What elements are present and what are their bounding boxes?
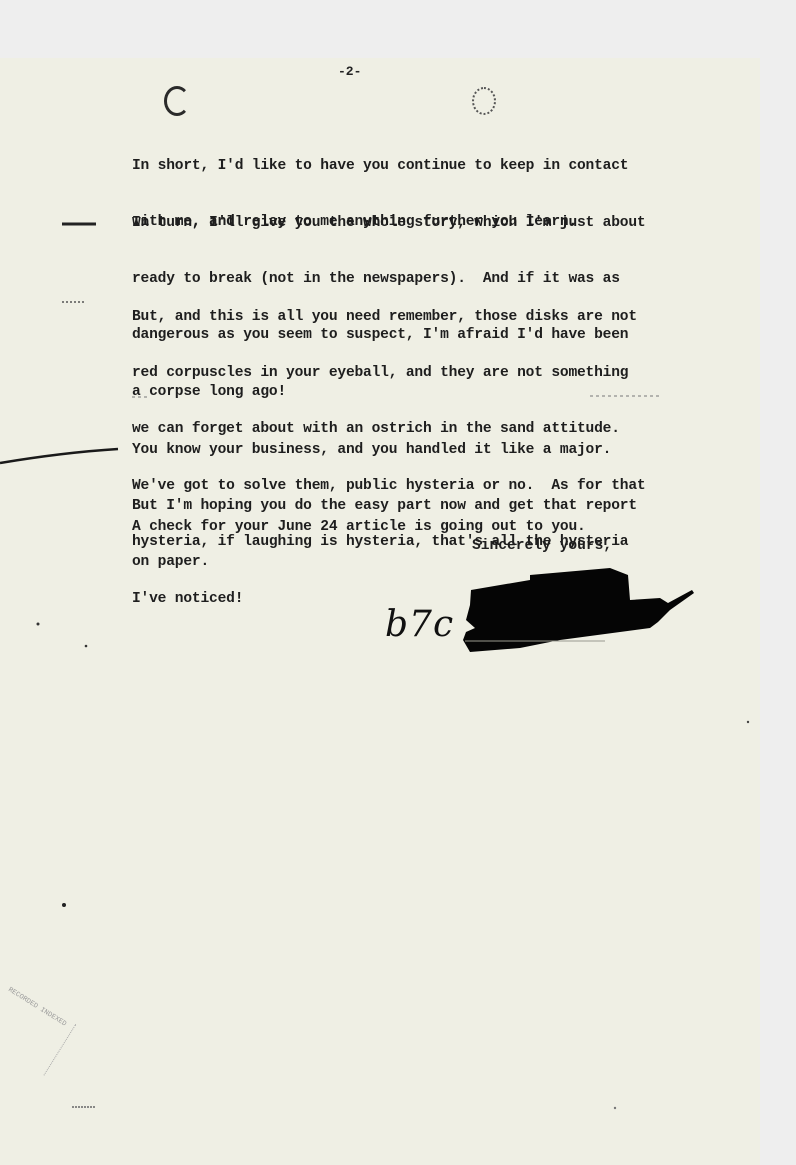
margin-pen-line <box>0 449 118 463</box>
markings-layer <box>0 0 796 1165</box>
redaction-block <box>463 568 694 652</box>
